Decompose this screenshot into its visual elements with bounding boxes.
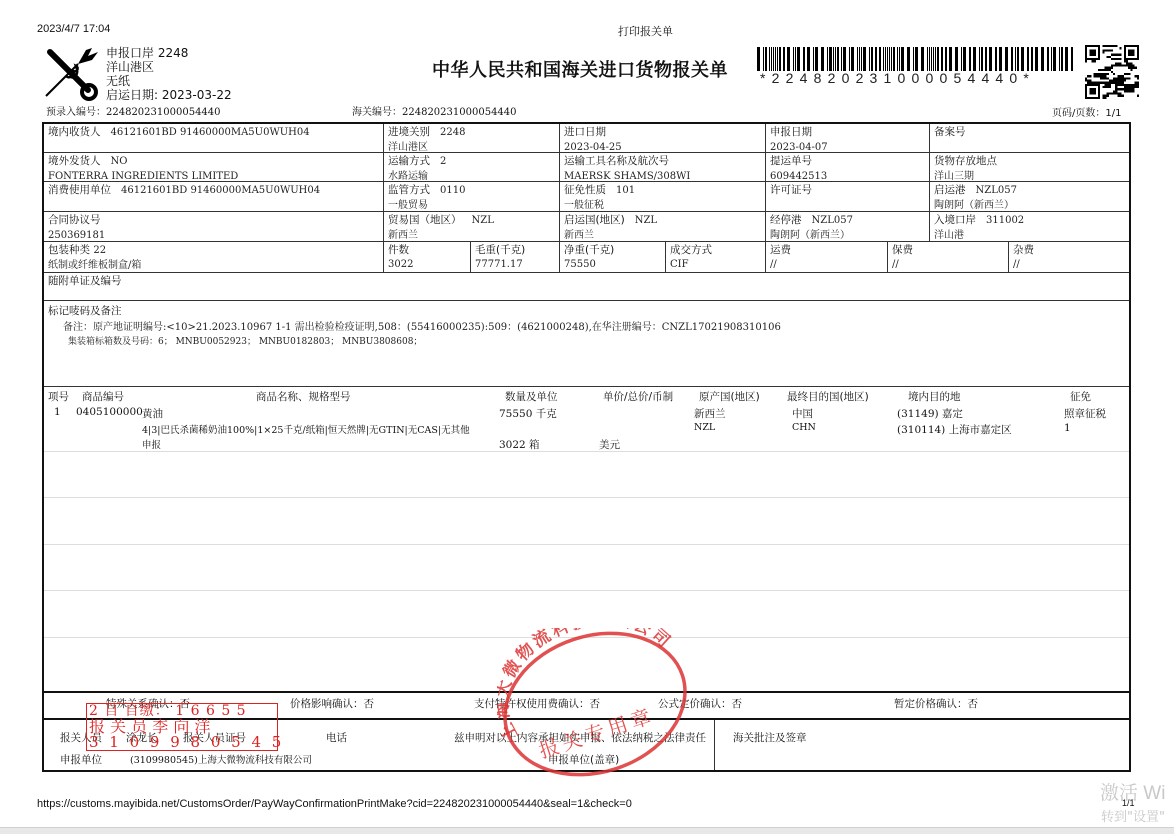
field-code: 2248 bbox=[440, 127, 465, 138]
item-name: 黄油 bbox=[142, 406, 163, 421]
item-domestic-dest: (31149) 嘉定 bbox=[897, 406, 963, 421]
field-value: MAERSK SHAMS/308WI bbox=[564, 171, 690, 181]
field-code: 46121601BD 91460000MA5U0WUH04 bbox=[121, 185, 320, 196]
field-label: 包装种类 bbox=[48, 244, 90, 256]
field-freight: 运费 // bbox=[765, 242, 887, 272]
field-value: 3022 bbox=[388, 259, 413, 270]
item-exemption: 照章征税 bbox=[1064, 406, 1106, 421]
remarks-line-1: 备注：原产地证明编号:<10>21.2023.10967 1-1 需出检验检疫证… bbox=[63, 321, 1125, 335]
price-impact-confirm: 价格影响确认：否 bbox=[290, 696, 374, 711]
field-label: 成交方式 bbox=[670, 244, 712, 256]
field-insurance: 保费 // bbox=[887, 242, 1008, 272]
qr-code-icon bbox=[1085, 45, 1139, 99]
field-declare-date: 申报日期2023-04-07 bbox=[765, 124, 929, 152]
field-label: 件数 bbox=[388, 244, 409, 256]
field-value: 75550 bbox=[564, 259, 596, 270]
declaring-unit-label: 申报单位 bbox=[60, 752, 102, 767]
field-net-weight: 净重(千克) 75550 bbox=[559, 242, 665, 272]
col-goods-name: 商品名称、规格型号 bbox=[256, 389, 351, 404]
field-label: 境内收货人 bbox=[48, 126, 101, 138]
document-title: 中华人民共和国海关进口货物报关单 bbox=[432, 56, 728, 82]
col-origin: 原产国(地区) bbox=[699, 389, 760, 404]
customs-number: 海关编号：224820231000054440 bbox=[352, 103, 517, 118]
remarks-line-2: 集装箱标箱数及号码：6； MNBU0052923； MNBU0182803； M… bbox=[68, 335, 1125, 349]
field-value: 水路运输 bbox=[388, 171, 428, 181]
form-row-packing: 包装种类 22 纸制或纤维板制盒/箱 件数 3022 毛重(千克) 77771.… bbox=[44, 242, 1129, 273]
svg-text:报关专用章: 报关专用章 bbox=[536, 703, 658, 763]
item-qty-box: 3022 箱 bbox=[499, 437, 540, 452]
phone-label: 电话 bbox=[326, 730, 347, 745]
field-label: 经停港 bbox=[770, 214, 802, 226]
field-code: 22 bbox=[93, 245, 106, 256]
form-row: 消费使用单位46121601BD 91460000MA5U0WUH04监管方式0… bbox=[44, 182, 1129, 212]
remarks-label: 标记唛码及备注 bbox=[48, 304, 1125, 318]
field-code: NZL057 bbox=[976, 185, 1017, 196]
attachments-cell: 随附单证及编号 bbox=[44, 273, 1129, 300]
field-label: 许可证号 bbox=[770, 184, 812, 196]
field-value: 洋山三期 bbox=[934, 171, 974, 181]
goods-divider bbox=[44, 544, 1129, 545]
field-label: 进境关别 bbox=[388, 126, 430, 138]
field-supervision-mode: 监管方式0110一般贸易 bbox=[383, 182, 559, 211]
field-value: 新西兰 bbox=[564, 230, 594, 241]
field-label: 贸易国（地区） bbox=[388, 214, 462, 226]
item-spec-cont: 申报 bbox=[142, 437, 161, 451]
field-value: 纸制或纤维板制盒/箱 bbox=[48, 260, 141, 271]
col-item-no: 项号 bbox=[48, 389, 69, 404]
field-label: 启运国(地区) bbox=[564, 214, 625, 226]
page-count: 页码/页数：1/1 bbox=[1052, 104, 1121, 119]
item-domestic-dest-2: (310114) 上海市嘉定区 bbox=[897, 422, 1012, 437]
field-overseas-shipper: 境外发货人NOFONTERRA INGREDIENTS LIMITED bbox=[44, 153, 383, 181]
field-label: 启运港 bbox=[934, 184, 966, 196]
field-value: 洋山港 bbox=[934, 230, 964, 241]
port-area: 洋山港区 bbox=[106, 60, 232, 74]
print-title: 打印报关单 bbox=[618, 23, 673, 39]
col-destination-country: 最终目的国(地区) bbox=[787, 389, 869, 404]
field-departure-port: 启运港NZL057陶朗阿（新西兰） bbox=[929, 182, 1129, 211]
departure-date: 启运日期: 2023-03-22 bbox=[106, 88, 232, 102]
field-storage-location: 货物存放地点洋山三期 bbox=[929, 153, 1129, 181]
customs-approval-label: 海关批注及签章 bbox=[733, 730, 807, 745]
page-url: https://customs.mayibida.net/CustomsOrde… bbox=[37, 798, 632, 810]
field-transaction-mode: 成交方式 CIF bbox=[665, 242, 765, 272]
item-no: 1 bbox=[54, 406, 61, 418]
field-value: 250369181 bbox=[48, 230, 105, 241]
form-row-attachments: 随附单证及编号 bbox=[44, 273, 1129, 301]
field-entry-port: 入境口岸311002洋山港 bbox=[929, 212, 1129, 241]
field-label: 备案号 bbox=[934, 126, 966, 138]
item-currency: 美元 bbox=[599, 437, 620, 452]
field-value: 77771.17 bbox=[475, 259, 523, 270]
company-seal-icon: 上海大微物流科技有限公司 报关专用章 bbox=[497, 628, 693, 778]
field-import-date: 进口日期2023-04-25 bbox=[559, 124, 765, 152]
print-page-number: 1/1 bbox=[1122, 798, 1135, 808]
field-label: 运费 bbox=[770, 244, 791, 256]
col-price: 单价/总价/币制 bbox=[603, 389, 673, 404]
field-value: 2023-04-25 bbox=[564, 142, 622, 152]
field-transport-mode: 运输方式2水路运输 bbox=[383, 153, 559, 181]
field-value: 新西兰 bbox=[388, 230, 418, 241]
col-domestic-destination: 境内目的地 bbox=[908, 389, 961, 404]
field-code: 2 bbox=[440, 156, 446, 167]
field-label: 监管方式 bbox=[388, 184, 430, 196]
field-value: 洋山港区 bbox=[388, 142, 428, 152]
field-transit-port: 经停港NZL057陶朗阿（新西兰） bbox=[765, 212, 929, 241]
remarks-cell: 标记唛码及备注 备注：原产地证明编号:<10>21.2023.10967 1-1… bbox=[44, 301, 1129, 386]
field-label: 净重(千克) bbox=[564, 244, 614, 256]
barcode-icon bbox=[757, 47, 1074, 71]
field-record-no: 备案号 bbox=[929, 124, 1129, 152]
field-label: 杂费 bbox=[1013, 244, 1034, 256]
form-row-remarks: 标记唛码及备注 备注：原产地证明编号:<10>21.2023.10967 1-1… bbox=[44, 301, 1129, 387]
item-dest-code: CHN bbox=[792, 422, 816, 433]
field-contract-no: 合同协议号250369181 bbox=[44, 212, 383, 241]
col-quantity: 数量及单位 bbox=[505, 389, 558, 404]
col-hs-code: 商品编号 bbox=[82, 389, 124, 404]
field-code: 311002 bbox=[986, 215, 1024, 226]
field-misc-fees: 杂费 // bbox=[1008, 242, 1129, 272]
field-consumer-unit: 消费使用单位46121601BD 91460000MA5U0WUH04 bbox=[44, 182, 383, 211]
form-row: 境外发货人NOFONTERRA INGREDIENTS LIMITED运输方式2… bbox=[44, 153, 1129, 182]
item-qty-kg: 75550 千克 bbox=[499, 406, 557, 421]
goods-divider bbox=[44, 497, 1129, 498]
provisional-price-confirm: 暂定价格确认：否 bbox=[894, 696, 978, 711]
field-value: // bbox=[892, 259, 899, 270]
form-row: 合同协议号250369181贸易国（地区）NZL新西兰启运国(地区)NZL新西兰… bbox=[44, 212, 1129, 242]
item-origin: 新西兰 bbox=[694, 406, 726, 421]
field-value: FONTERRA INGREDIENTS LIMITED bbox=[48, 171, 238, 181]
field-label: 消费使用单位 bbox=[48, 184, 111, 196]
field-value: // bbox=[1013, 259, 1020, 270]
customs-emblem-icon bbox=[42, 46, 102, 102]
scrollbar[interactable] bbox=[0, 827, 1174, 834]
stamp-line-3: 3 1 0 9 9 8 0 5 4 5 bbox=[87, 735, 277, 750]
field-vessel-voyage: 运输工具名称及航次号MAERSK SHAMS/308WI bbox=[559, 153, 765, 181]
goods-header: 项号 商品编号 商品名称、规格型号 数量及单位 单价/总价/币制 原产国(地区)… bbox=[44, 387, 1129, 403]
goods-divider bbox=[44, 451, 1129, 452]
port-info: 申报口岸 2248 洋山港区 无纸 启运日期: 2023-03-22 bbox=[106, 46, 232, 102]
goods-row: 1 0405100000 黄油 4|3|巴氏杀菌稀奶油100%|1×25千克/纸… bbox=[44, 403, 1129, 453]
field-pieces: 件数 3022 bbox=[383, 242, 470, 272]
field-label: 征免性质 bbox=[564, 184, 606, 196]
field-code: NZL bbox=[635, 215, 657, 226]
field-value: 609442513 bbox=[770, 171, 827, 181]
field-domestic-consignee: 境内收货人46121601BD 91460000MA5U0WUH04 bbox=[44, 124, 383, 152]
field-license-no: 许可证号 bbox=[765, 182, 929, 211]
field-trade-country: 贸易国（地区）NZL新西兰 bbox=[383, 212, 559, 241]
field-code: 0110 bbox=[440, 185, 465, 196]
field-label: 合同协议号 bbox=[48, 214, 101, 226]
field-entry-customs: 进境关别2248洋山港区 bbox=[383, 124, 559, 152]
declaring-unit: (3109980545)上海大微物流科技有限公司 bbox=[130, 752, 312, 766]
field-label: 提运单号 bbox=[770, 155, 812, 167]
barcode-text: *224820231000054440* bbox=[760, 70, 1035, 86]
form-row: 境内收货人46121601BD 91460000MA5U0WUH04进境关别22… bbox=[44, 124, 1129, 153]
field-value: CIF bbox=[670, 259, 689, 270]
field-label: 进口日期 bbox=[564, 126, 606, 138]
field-code: NZL057 bbox=[812, 215, 853, 226]
item-spec: 4|3|巴氏杀菌稀奶油100%|1×25千克/纸箱|恒天然牌|无GTIN|无CA… bbox=[142, 422, 470, 436]
field-label: 境外发货人 bbox=[48, 155, 101, 167]
item-hs-code: 0405100000 bbox=[76, 406, 143, 418]
declarant-stamp: 2 自 自缴： 1 6 6 5 5 报 关 员 李 向 洋 3 1 0 9 9 … bbox=[86, 703, 278, 751]
field-value: // bbox=[770, 259, 777, 270]
field-value: 一般贸易 bbox=[388, 200, 428, 211]
paperless: 无纸 bbox=[106, 74, 232, 88]
declare-port: 申报口岸 2248 bbox=[106, 46, 232, 60]
field-label: 货物存放地点 bbox=[934, 155, 997, 167]
field-departure-country: 启运国(地区)NZL新西兰 bbox=[559, 212, 765, 241]
item-exemption-code: 1 bbox=[1064, 422, 1071, 434]
field-value: 一般征税 bbox=[564, 200, 604, 211]
field-levy-nature: 征免性质101一般征税 bbox=[559, 182, 765, 211]
pre-entry-number: 预录入编号：224820231000054440 bbox=[46, 103, 221, 118]
field-value: 2023-04-07 bbox=[770, 142, 828, 152]
item-dest: 中国 bbox=[792, 406, 813, 421]
field-gross-weight: 毛重(千克) 77771.17 bbox=[470, 242, 559, 272]
field-label: 保费 bbox=[892, 244, 913, 256]
activation-watermark-sub: 转到"设置" bbox=[1101, 806, 1165, 825]
field-code: NZL bbox=[472, 215, 494, 226]
col-exemption: 征免 bbox=[1070, 389, 1091, 404]
field-label: 运输方式 bbox=[388, 155, 430, 167]
customs-approval-block: 海关批注及签章 bbox=[714, 720, 1129, 770]
field-label: 毛重(千克) bbox=[475, 244, 525, 256]
field-code: 101 bbox=[616, 185, 635, 196]
field-label: 入境口岸 bbox=[934, 214, 976, 226]
field-code: 46121601BD 91460000MA5U0WUH04 bbox=[111, 127, 310, 138]
field-packing-type: 包装种类 22 纸制或纤维板制盒/箱 bbox=[44, 242, 383, 272]
field-value: 陶朗阿（新西兰） bbox=[770, 230, 850, 241]
print-datetime: 2023/4/7 17:04 bbox=[37, 23, 110, 35]
field-value: 陶朗阿（新西兰） bbox=[934, 200, 1014, 211]
attachments-label: 随附单证及编号 bbox=[48, 275, 122, 287]
field-label: 申报日期 bbox=[770, 126, 812, 138]
field-bill-of-lading: 提运单号609442513 bbox=[765, 153, 929, 181]
goods-divider bbox=[44, 590, 1129, 591]
item-origin-code: NZL bbox=[694, 422, 715, 433]
field-code: NO bbox=[111, 156, 128, 167]
field-label: 运输工具名称及航次号 bbox=[564, 155, 669, 167]
